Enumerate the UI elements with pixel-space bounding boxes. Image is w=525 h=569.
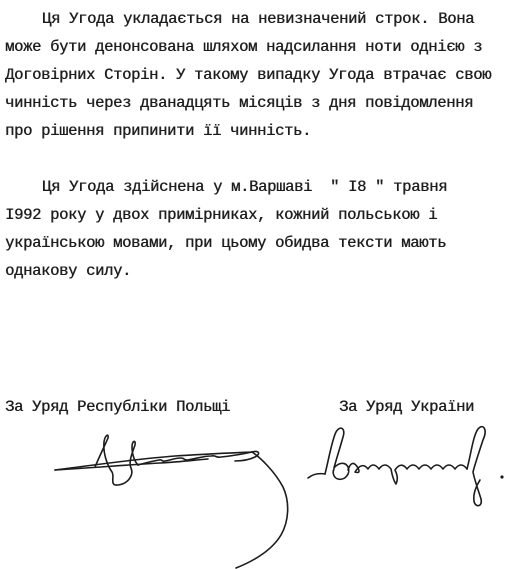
text-line: українською мовами, при цьому обидва тек… bbox=[5, 229, 525, 257]
signature-ukraine-image bbox=[305, 420, 515, 515]
text-line: чинність через дванадцять місяців з дня … bbox=[5, 89, 525, 117]
signature-label-ukraine: За Уряд України bbox=[339, 396, 474, 418]
paragraph-execution-clause: Ця Угода здійснена у м.Варшаві " І8 " тр… bbox=[5, 173, 525, 285]
text-line: однакову силу. bbox=[5, 257, 525, 285]
text-line: про рішення припинити її чинність. bbox=[5, 117, 525, 145]
text-line: Ця Угода укладається на невизначений стр… bbox=[5, 5, 525, 33]
text-line: І992 року у двох примірниках, кожний пол… bbox=[5, 201, 525, 229]
signature-poland-image bbox=[45, 425, 300, 569]
text-line: Ця Угода здійснена у м.Варшаві " І8 " тр… bbox=[5, 173, 525, 201]
scanned-treaty-page: Ця Угода укладається на невизначений стр… bbox=[0, 0, 525, 569]
paragraph-termination-clause: Ця Угода укладається на невизначений стр… bbox=[5, 5, 525, 145]
text-line: Договірних Сторін. У такому випадку Угод… bbox=[5, 61, 525, 89]
text-line: може бути денонсована шляхом надсилання … bbox=[5, 33, 525, 61]
signature-label-poland: За Уряд Республіки Польщі bbox=[5, 396, 230, 418]
